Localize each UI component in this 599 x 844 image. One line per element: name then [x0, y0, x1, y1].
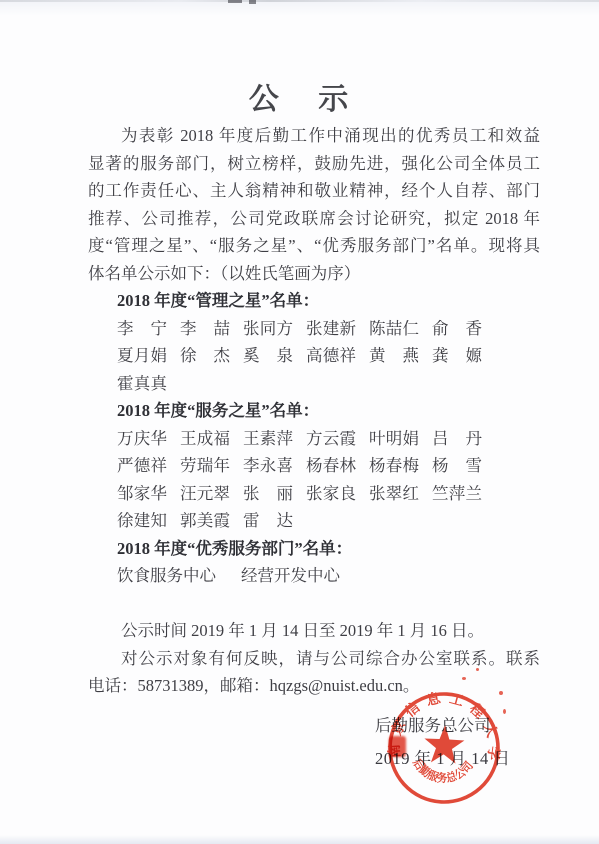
scanned-notice-page: 公 示 为表彰 2018 年度后勤工作中涌现出的优秀员工和效益 显著的服务部门，… — [0, 0, 599, 844]
department-name: 经营开发中心 — [241, 562, 340, 590]
person-name: 黄燕 — [369, 342, 419, 370]
person-name: 叶明娟 — [369, 425, 419, 453]
person-name: 竺萍兰 — [432, 480, 482, 508]
department-name: 饮食服务中心 — [117, 562, 216, 590]
person-name: 奚泉 — [243, 342, 293, 370]
scan-artifact-top-line — [0, 0, 599, 2]
person-name: 雷达 — [243, 507, 293, 535]
seal-star-icon — [423, 724, 465, 764]
management-star-heading: 2018 年度“管理之星”名单： — [88, 287, 540, 315]
person-name: 李永喜 — [243, 452, 293, 480]
names-row: 夏月娟徐杰奚泉高德祥黄燕龚嫄 — [88, 342, 540, 370]
notice-title: 公 示 — [0, 74, 599, 118]
person-name: 徐建知 — [117, 507, 167, 535]
closing-line-contact: 对公示对象有何反映，请与公司综合办公室联系。联系 — [88, 645, 540, 673]
person-name: 徐杰 — [180, 342, 230, 370]
person-name: 龚嫄 — [432, 342, 482, 370]
intro-line: 度“管理之星”、“服务之星”、“优秀服务部门”名单。现将具 — [88, 232, 540, 260]
notice-body: 为表彰 2018 年度后勤工作中涌现出的优秀员工和效益 显著的服务部门，树立榜样… — [88, 122, 540, 700]
intro-line: 为表彰 2018 年度后勤工作中涌现出的优秀员工和效益 — [88, 122, 540, 150]
person-name: 夏月娟 — [117, 342, 167, 370]
person-name: 方云霞 — [306, 425, 356, 453]
blank-line — [88, 590, 540, 618]
seal-ink-smudge — [389, 736, 406, 757]
names-row: 严德祥劳瑞年李永喜杨春林杨春梅杨雪 — [88, 452, 540, 480]
intro-line: 推荐、公司推荐，公司党政联席会讨论研究，拟定 2018 年 — [88, 205, 540, 233]
person-name: 杨雪 — [432, 452, 482, 480]
person-name: 李宁 — [117, 315, 167, 343]
person-name: 李喆 — [180, 315, 230, 343]
intro-line: 显著的服务部门，树立榜样，鼓励先进，强化公司全体员工 — [88, 150, 540, 178]
service-star-heading: 2018 年度“服务之星”名单： — [88, 397, 540, 425]
names-row: 霍真真 — [88, 370, 540, 398]
person-name: 陈喆仁 — [369, 315, 419, 343]
person-name: 严德祥 — [117, 452, 167, 480]
person-name: 霍真真 — [117, 370, 167, 398]
seal-banner-text: 后勤服务总公司 — [409, 755, 476, 786]
person-name: 万庆华 — [117, 425, 167, 453]
person-name: 杨春梅 — [369, 452, 419, 480]
scan-artifact-tick — [249, 0, 256, 4]
excellent-department-heading: 2018 年度“优秀服务部门”名单： — [88, 535, 540, 563]
names-row: 李宁李喆张同方张建新陈喆仁俞香 — [88, 315, 540, 343]
person-name: 张翠红 — [369, 480, 419, 508]
scan-artifact-tick — [228, 0, 242, 3]
person-name: 郭美霞 — [180, 507, 230, 535]
seal-ink-speckle — [476, 668, 479, 671]
seal-ink-speckle — [462, 677, 466, 680]
person-name: 张丽 — [243, 480, 293, 508]
person-name: 张建新 — [306, 315, 356, 343]
person-name: 吕丹 — [432, 425, 482, 453]
person-name: 邹家华 — [117, 480, 167, 508]
names-row: 万庆华王成福王素萍方云霞叶明娟吕丹 — [88, 425, 540, 453]
person-name: 俞香 — [432, 315, 482, 343]
intro-line: 的工作责任心、主人翁精神和敬业精神，经个人自荐、部门 — [88, 177, 540, 205]
person-name: 劳瑞年 — [180, 452, 230, 480]
names-row: 徐建知郭美霞雷达 — [88, 507, 540, 535]
intro-line: 体名单公示如下：（以姓氏笔画为序） — [88, 260, 540, 288]
person-name: 张家良 — [306, 480, 356, 508]
person-name: 张同方 — [243, 315, 293, 343]
person-name: 杨春林 — [306, 452, 356, 480]
departments-row: 饮食服务中心经营开发中心 — [88, 562, 540, 590]
person-name: 王成福 — [180, 425, 230, 453]
seal-ink-speckle — [499, 691, 503, 695]
person-name: 汪元翠 — [180, 480, 230, 508]
closing-line-period: 公示时间 2019 年 1 月 14 日至 2019 年 1 月 16 日。 — [88, 617, 540, 645]
person-name: 王素萍 — [243, 425, 293, 453]
names-row: 邹家华汪元翠张丽张家良张翠红竺萍兰 — [88, 480, 540, 508]
person-name: 高德祥 — [306, 342, 356, 370]
seal-ink-speckle — [503, 709, 506, 714]
